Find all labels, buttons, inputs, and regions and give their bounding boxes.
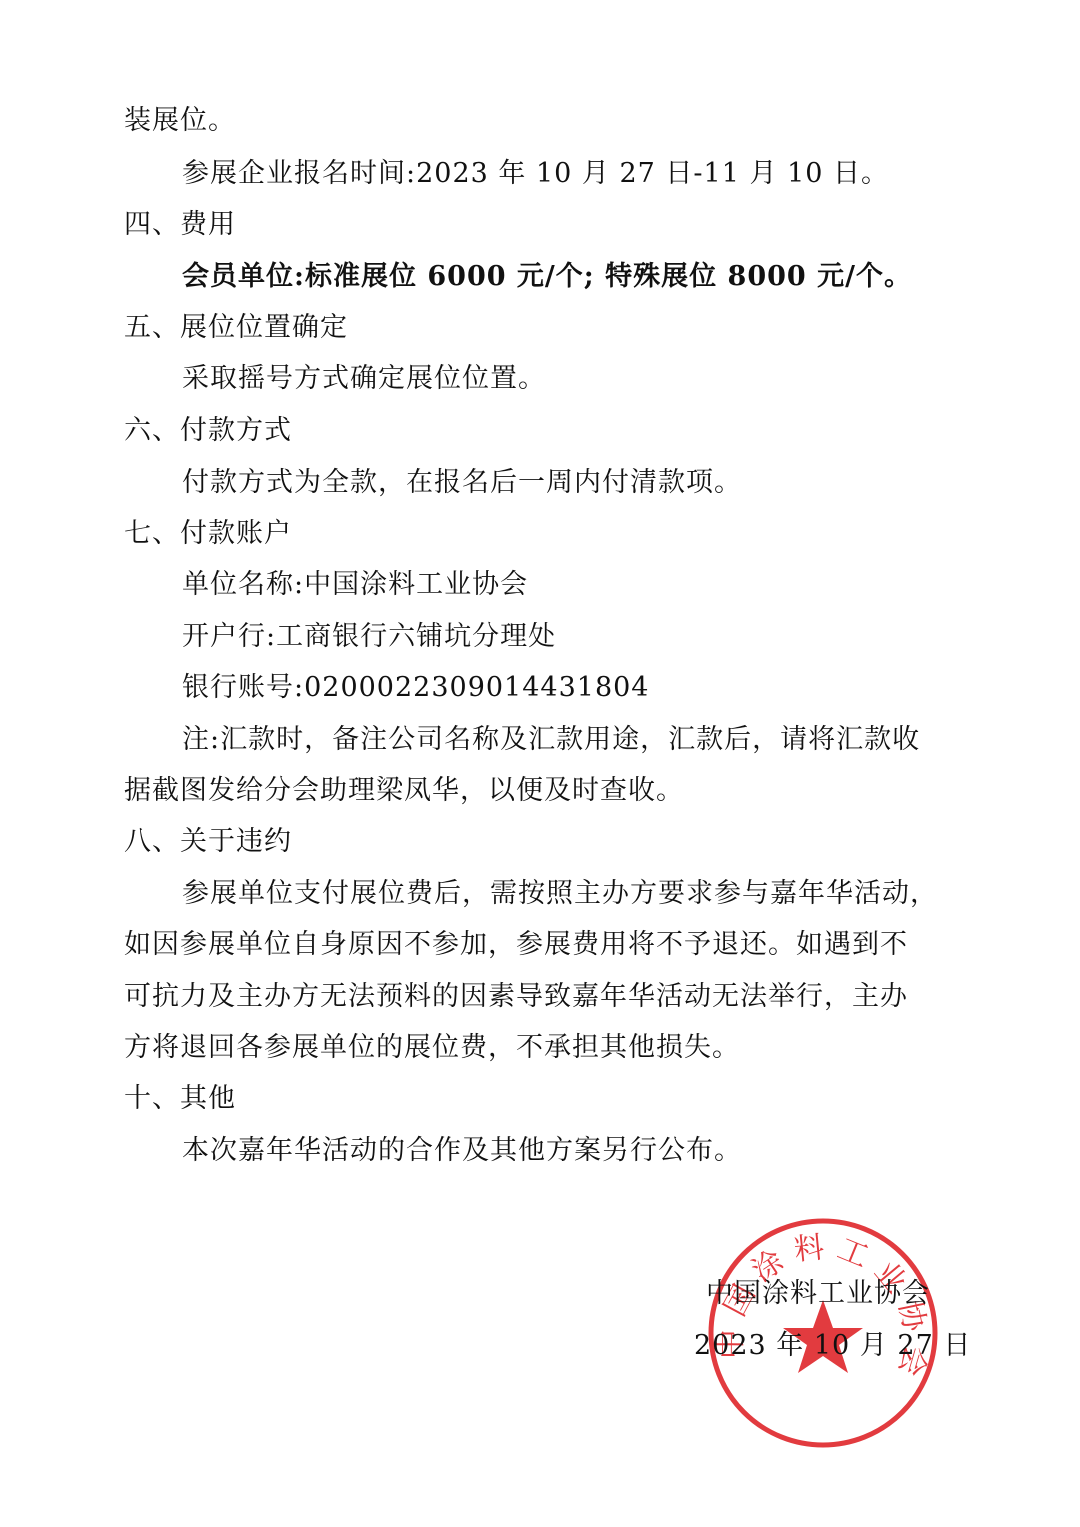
- section-heading: 七、付款账户: [124, 517, 292, 551]
- paragraph-line: 单位名称:中国涂料工业协会: [182, 568, 528, 602]
- paragraph-line: 注:汇款时，备注公司名称及汇款用途，汇款后，请将汇款收: [182, 723, 920, 757]
- paragraph-line: 开户行:工商银行六铺坑分理处: [182, 620, 556, 654]
- section-heading: 六、付款方式: [124, 414, 292, 448]
- section-heading: 十、其他: [124, 1082, 236, 1116]
- paragraph-line: 装展位。: [124, 104, 236, 138]
- paragraph-line: 方将退回各参展单位的展位费，不承担其他损失。: [124, 1031, 740, 1065]
- section-heading: 五、展位位置确定: [124, 311, 348, 345]
- signature-organization: 中国涂料工业协会: [706, 1277, 930, 1311]
- paragraph-line: 据截图发给分会助理梁凤华，以便及时查收。: [124, 774, 684, 808]
- paragraph-line: 参展企业报名时间:2023 年 10 月 27 日-11 月 10 日。: [182, 157, 889, 191]
- paragraph-line: 付款方式为全款，在报名后一周内付清款项。: [182, 466, 742, 500]
- paragraph-line: 可抗力及主办方无法预料的因素导致嘉年华活动无法举行，主办: [124, 980, 908, 1014]
- section-heading: 八、关于违约: [124, 825, 292, 859]
- paragraph-line: 会员单位:标准展位 6000 元/个; 特殊展位 8000 元/个。: [182, 260, 912, 294]
- section-heading: 四、费用: [124, 208, 236, 242]
- paragraph-line: 采取摇号方式确定展位位置。: [182, 362, 546, 396]
- paragraph-line: 本次嘉年华活动的合作及其他方案另行公布。: [182, 1134, 742, 1168]
- paragraph-line: 如因参展单位自身原因不参加，参展费用将不予退还。如遇到不: [124, 928, 908, 962]
- signature-date: 2023 年 10 月 27 日: [694, 1329, 971, 1363]
- paragraph-line: 银行账号:0200022309014431804: [182, 671, 649, 705]
- paragraph-line: 参展单位支付展位费后，需按照主办方要求参与嘉年华活动，: [182, 877, 938, 911]
